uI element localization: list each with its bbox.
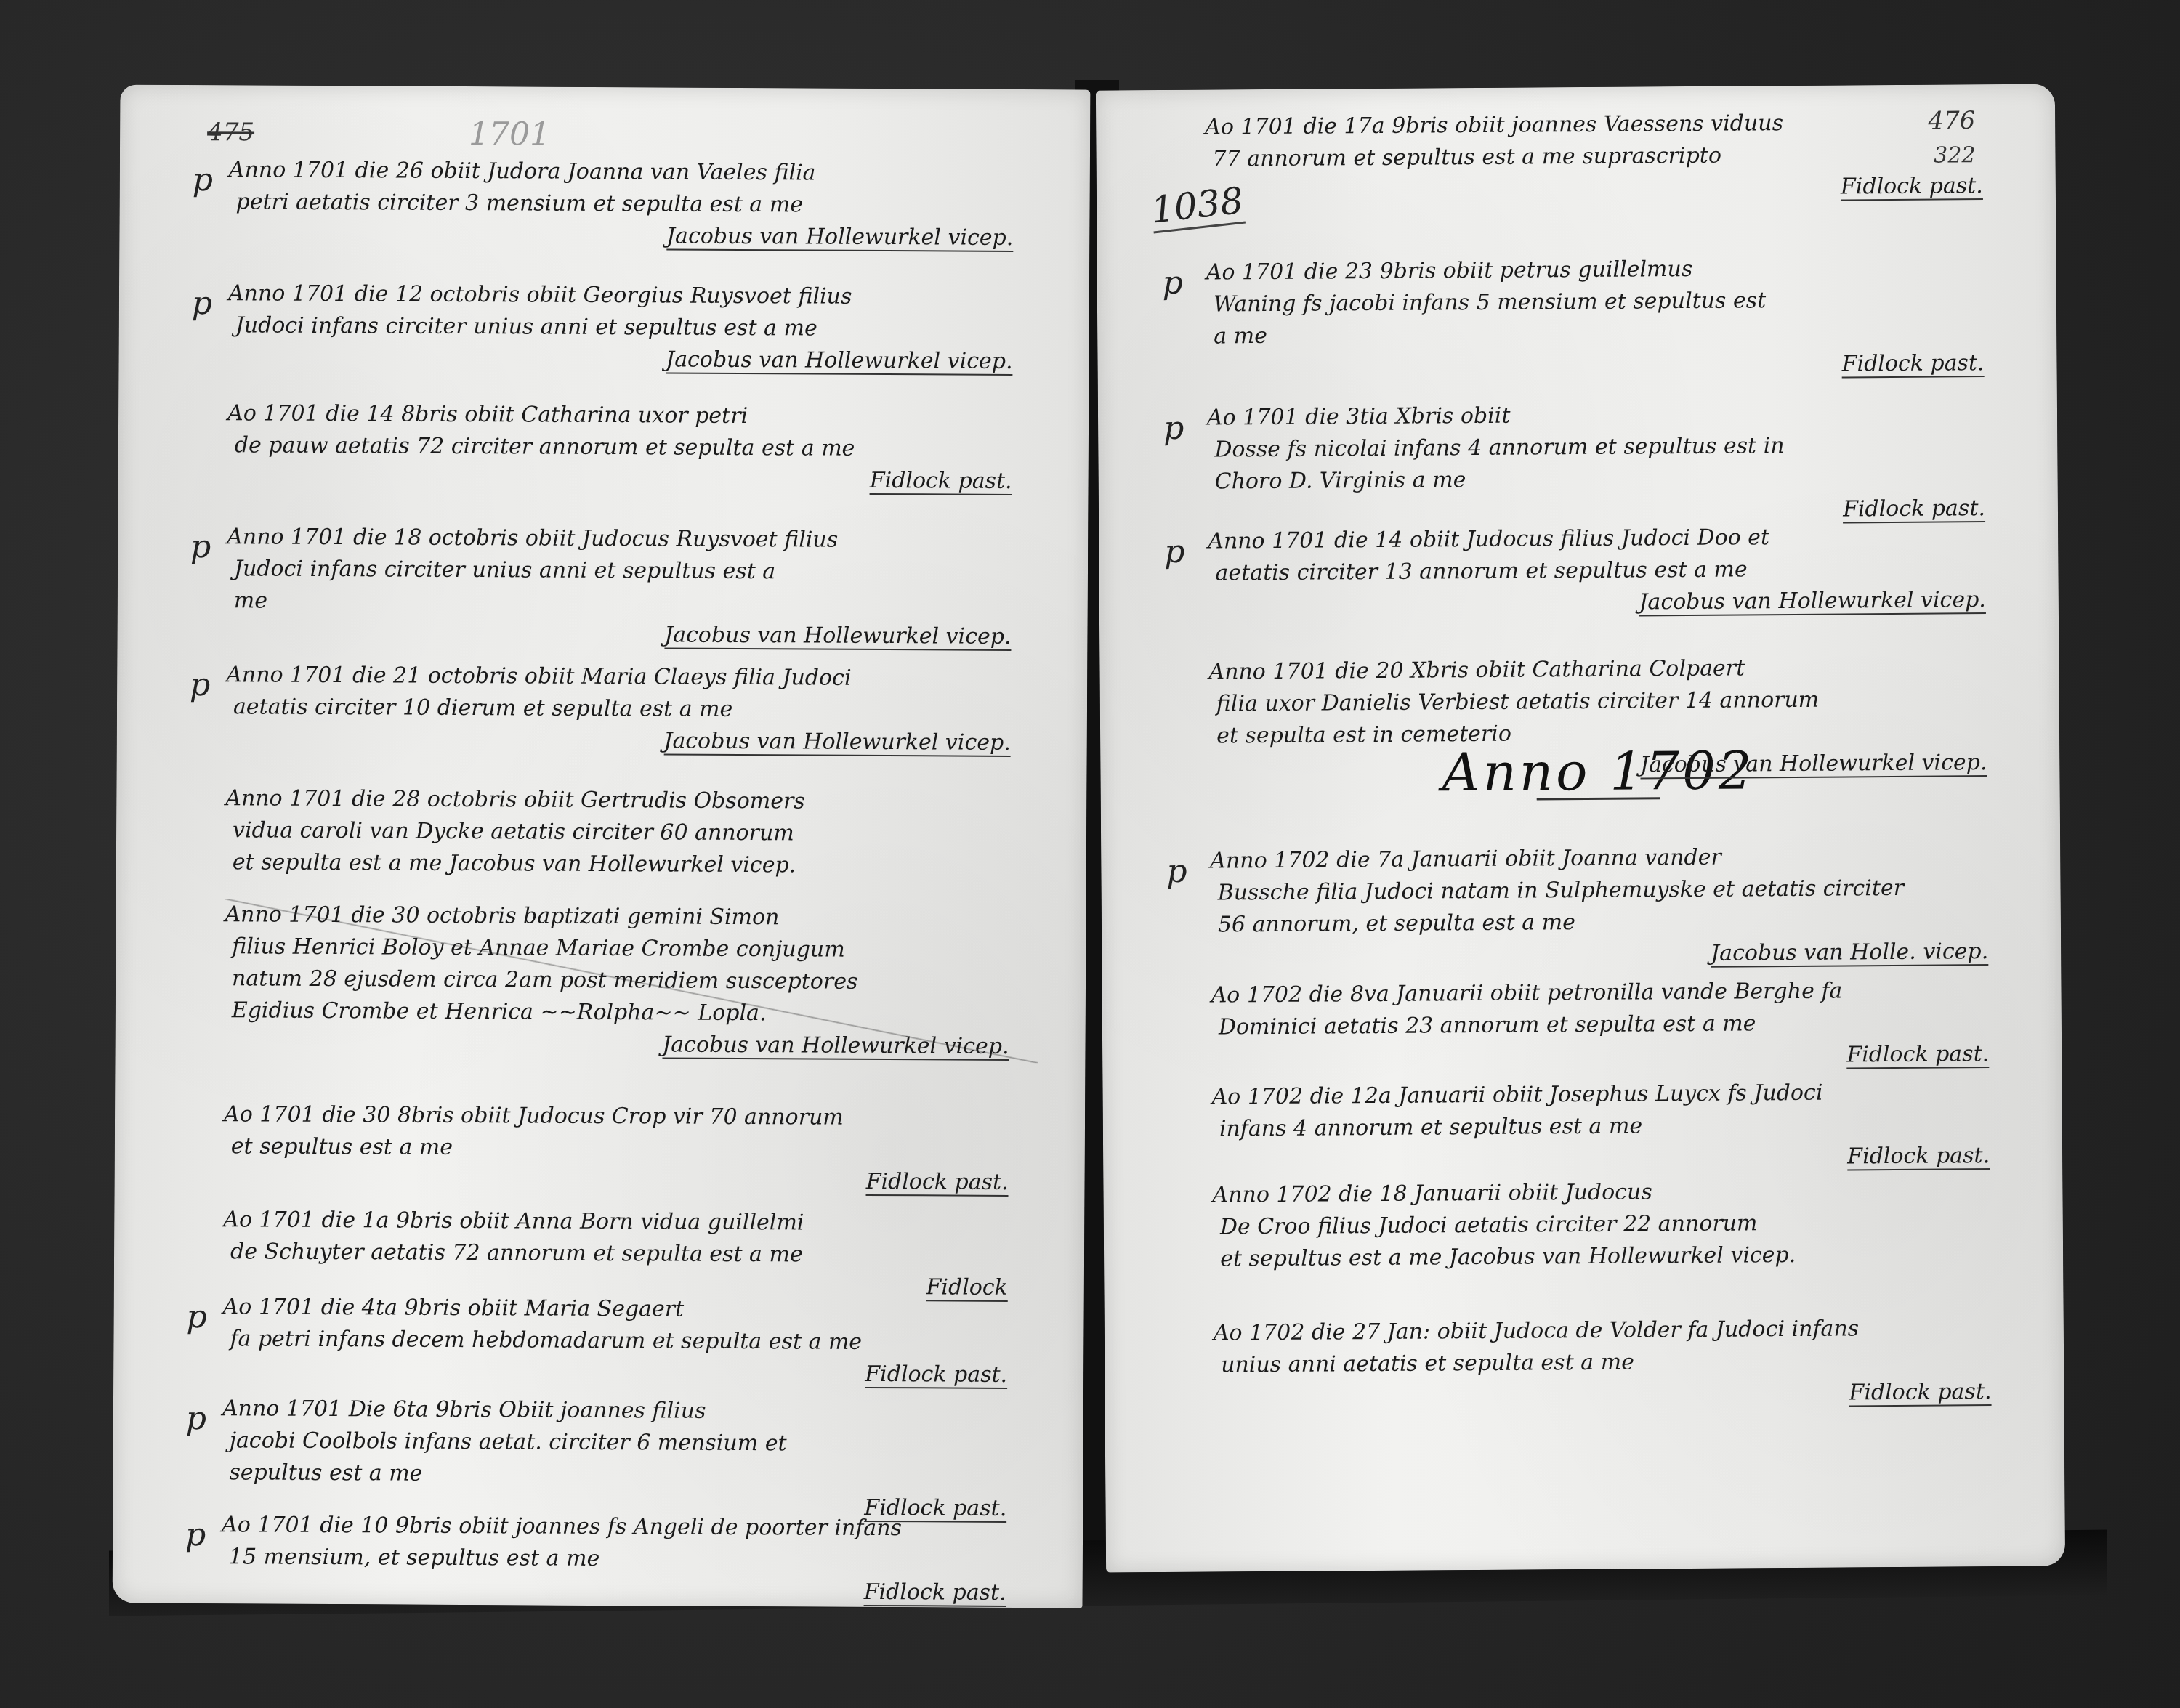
entry-signature: Fidlock past. — [1211, 1038, 2018, 1076]
register-entry: Ao 1701 die 3tia Xbris obiitDosse fs nic… — [1207, 397, 2014, 530]
signature-text: Jacobus van Hollewurkel vicep. — [666, 347, 1013, 375]
entry-signature: Fidlock past. — [1214, 1376, 2020, 1414]
entry-signature: Jacobus van Hollewurkel vicep. — [226, 617, 1040, 653]
entry-signature: Jacobus van Hollewurkel vicep. — [1208, 584, 2015, 622]
register-entry: Ao 1701 die 30 8bris obiit Judocus Crop … — [223, 1098, 1038, 1199]
entry-line: et sepulta est in cemeterio — [1209, 715, 2016, 753]
margin-mark-p: p — [1163, 264, 1184, 301]
entry-line: Anno 1701 die 26 obiit Judora Joanna van… — [229, 154, 1043, 190]
entry-line: 15 mensium, et sepultus est a me — [222, 1541, 1035, 1577]
signature-text: Fidlock past. — [1847, 1143, 1990, 1170]
signature-text: Jacobus van Hollewurkel vicep. — [1640, 750, 1987, 779]
entry-line: Anno 1701 die 30 octobris baptizati gemi… — [225, 899, 1038, 935]
register-entry: Anno 1701 die 18 octobris obiit Judocus … — [226, 521, 1041, 653]
entry-line: Waning fs jacobi infans 5 mensium et sep… — [1206, 283, 2013, 321]
entry-line: aetatis circiter 10 dierum et sepulta es… — [226, 691, 1040, 727]
entry-line: Dosse fs nicolai infans 4 annorum et sep… — [1207, 429, 2014, 466]
entry-line: Ao 1702 die 8va Januarii obiit petronill… — [1211, 974, 2017, 1012]
entry-line: Anno 1701 die 12 octobris obiit Georgius… — [228, 278, 1042, 314]
entry-signature: Jacobus van Hollewurkel vicep. — [224, 1027, 1038, 1063]
entry-signature: Fidlock past. — [1206, 170, 2012, 208]
entry-line: a me — [1206, 315, 2013, 353]
entry-line: Dominici aetatis 23 annorum et sepulta e… — [1211, 1006, 2018, 1044]
entry-line: sepultus est a me — [222, 1457, 1035, 1493]
signature-text: Fidlock past. — [870, 468, 1012, 495]
signature-text: Fidlock past. — [1841, 173, 1983, 201]
entry-signature: Jacobus van Hollewurkel vicep. — [226, 723, 1040, 759]
entry-line: 77 annorum et sepultus est a me suprascr… — [1205, 138, 2011, 176]
entry-line: Ao 1701 die 30 8bris obiit Judocus Crop … — [224, 1098, 1038, 1135]
entry-line: jacobi Coolbols infans aetat. circiter 6… — [222, 1425, 1036, 1461]
entry-signature: Fidlock past. — [227, 461, 1041, 498]
register-entry: Anno 1702 die 7a Januarii obiit Joanna v… — [1210, 840, 2017, 974]
register-entry: Anno 1701 Die 6ta 9bris Obiit joannes fi… — [222, 1393, 1036, 1525]
entry-line: Bussche filia Judoci natam in Sulphemuys… — [1210, 872, 2016, 910]
pencil-year-annotation: 1701 — [469, 116, 550, 153]
entry-line: vidua caroli van Dycke aetatis circiter … — [225, 814, 1039, 851]
folio-number: 475 — [207, 118, 254, 147]
margin-mark-p: p — [190, 666, 210, 703]
entry-signature: Fidlock past. — [222, 1573, 1035, 1609]
margin-mark-p: p — [185, 1516, 206, 1553]
entry-signature: Fidlock past. — [222, 1355, 1036, 1391]
signature-text: Jacobus van Hollewurkel vicep. — [662, 1032, 1009, 1060]
entry-line: de pauw aetatis 72 circiter annorum et s… — [227, 429, 1041, 466]
margin-mark-p: p — [192, 285, 212, 322]
entry-signature: Jacobus van Hollewurkel vicep. — [227, 341, 1041, 378]
entry-line: Anno 1701 Die 6ta 9bris Obiit joannes fi… — [222, 1393, 1036, 1429]
register-entry: Ao 1701 die 14 8bris obiit Catharina uxo… — [227, 397, 1042, 498]
margin-mark-p: p — [193, 161, 213, 198]
entry-line: Anno 1701 die 14 obiit Judocus filius Ju… — [1208, 520, 2014, 558]
entry-line: Choro D. Virginis a me — [1208, 461, 2014, 498]
register-entry: Ao 1702 die 8va Januarii obiit petronill… — [1211, 974, 2018, 1076]
signature-text: Fidlock past. — [864, 1579, 1006, 1607]
margin-mark-p: p — [1164, 533, 1185, 570]
entry-line: petri aetatis circiter 3 mensium et sepu… — [229, 186, 1043, 222]
left-page: 475 1701 pAnno 1701 die 26 obiit Judora … — [113, 85, 1091, 1608]
entry-line: de Schuyter aetatis 72 annorum et sepult… — [223, 1236, 1037, 1272]
entry-line: Ao 1701 die 23 9bris obiit petrus guille… — [1206, 251, 2012, 289]
entry-line: Ao 1701 die 4ta 9bris obiit Maria Segaer… — [223, 1291, 1037, 1327]
entry-line: 56 annorum, et sepulta est a me — [1211, 904, 2017, 942]
entry-line: Egidius Crombe et Henrica ~~Rolpha~~ Lop… — [225, 995, 1038, 1031]
entry-line: Ao 1701 die 17a 9bris obiit joannes Vaes… — [1205, 106, 2011, 144]
register-entry: Ao 1702 die 27 Jan: obiit Judoca de Vold… — [1214, 1312, 2021, 1414]
entry-line: Judoci infans circiter unius anni et sep… — [227, 553, 1041, 589]
signature-text: Fidlock past. — [866, 1169, 1009, 1197]
signature-text: Fidlock past. — [1846, 1041, 1989, 1069]
right-page-entries: Ao 1701 die 17a 9bris obiit joannes Vaes… — [1096, 84, 2055, 90]
entry-line: filius Henrici Boloy et Annae Mariae Cro… — [225, 931, 1038, 967]
register-entry: Anno 1701 die 20 Xbris obiit Catharina C… — [1208, 651, 2016, 785]
entry-line: Ao 1701 die 3tia Xbris obiit — [1207, 397, 2014, 434]
entry-line: Ao 1701 die 10 9bris obiit joannes fs An… — [222, 1509, 1035, 1545]
entry-signature: Jacobus van Holle. vicep. — [1211, 936, 2017, 974]
entry-line: me — [227, 585, 1041, 621]
register-entry: Ao 1702 die 12a Januarii obiit Josephus … — [1211, 1076, 2019, 1178]
right-page: 476 322 1038 Anno 1702 Ao 1701 die 17a 9… — [1096, 84, 2065, 1572]
margin-mark-p: p — [1166, 853, 1187, 890]
entry-signature: Fidlock past. — [223, 1162, 1037, 1199]
entry-line: Anno 1701 die 20 Xbris obiit Catharina C… — [1208, 651, 2015, 689]
entry-line: natum 28 ejusdem circa 2am post meridiem… — [225, 963, 1038, 999]
entry-signature: Fidlock past. — [1212, 1140, 2019, 1178]
entry-line: Anno 1702 die 18 Januarii obiit Judocus — [1212, 1174, 2019, 1212]
margin-mark-p: p — [190, 528, 211, 565]
entry-line: infans 4 annorum et sepultus est a me — [1212, 1108, 2019, 1146]
entry-line: aetatis circiter 13 annorum et sepultus … — [1208, 552, 2014, 590]
left-page-entries: pAnno 1701 die 26 obiit Judora Joanna va… — [120, 85, 1090, 90]
entry-line: Anno 1702 die 7a Januarii obiit Joanna v… — [1210, 840, 2016, 878]
entry-line: fa petri infans decem hebdomadarum et se… — [222, 1323, 1036, 1359]
entry-line: De Croo filius Judoci aetatis circiter 2… — [1213, 1206, 2019, 1244]
entry-line: Ao 1701 die 14 8bris obiit Catharina uxo… — [227, 397, 1041, 434]
register-entry: Ao 1701 die 10 9bris obiit joannes fs An… — [222, 1509, 1036, 1609]
signature-text: Jacobus van Hollewurkel vicep. — [1639, 587, 1986, 616]
entry-line: filia uxor Danielis Verbiest aetatis cir… — [1209, 683, 2016, 721]
register-entry: Ao 1701 die 17a 9bris obiit joannes Vaes… — [1205, 106, 2012, 208]
signature-text: Jacobus van Hollewurkel vicep. — [663, 728, 1011, 756]
entry-signature: Jacobus van Hollewurkel vicep. — [1209, 747, 2016, 785]
margin-mark-p: p — [186, 1400, 206, 1437]
signature-text: Jacobus van Hollewurkel vicep. — [664, 622, 1012, 650]
entry-line: Ao 1702 die 12a Januarii obiit Josephus … — [1211, 1076, 2018, 1114]
margin-mark-p: p — [1163, 410, 1184, 447]
register-entry: Anno 1701 die 12 octobris obiit Georgius… — [227, 278, 1042, 378]
signature-text: Fidlock past. — [1849, 1379, 1991, 1407]
entry-signature: Fidlock past. — [1206, 347, 2013, 385]
entry-line: et sepultus est a me — [224, 1130, 1038, 1167]
register-entry: Anno 1701 die 14 obiit Judocus filius Ju… — [1208, 520, 2015, 622]
register-entry: Ao 1701 die 23 9bris obiit petrus guille… — [1206, 251, 2013, 385]
signature-text: Fidlock past. — [1842, 350, 1985, 378]
register-entry: Anno 1701 die 21 octobris obiit Maria Cl… — [226, 659, 1041, 759]
signature-text: Jacobus van Holle. vicep. — [1711, 939, 1988, 968]
entry-signature: Jacobus van Hollewurkel vicep. — [228, 218, 1042, 254]
entry-line: Anno 1701 die 21 octobris obiit Maria Cl… — [226, 659, 1040, 695]
signature-text: Fidlock past. — [1843, 495, 1985, 523]
entry-line: Anno 1701 die 28 octobris obiit Gertrudi… — [225, 782, 1039, 819]
register-entry: Ao 1701 die 4ta 9bris obiit Maria Segaer… — [222, 1291, 1037, 1391]
entry-line: et sepultus est a me Jacobus van Hollewu… — [1213, 1238, 2019, 1276]
register-entry: Anno 1701 die 28 octobris obiit Gertrudi… — [225, 782, 1040, 883]
register-entry: Anno 1701 die 30 octobris baptizati gemi… — [224, 899, 1038, 1063]
margin-mark-p: p — [186, 1298, 206, 1335]
register-entry: Ao 1701 die 1a 9bris obiit Anna Born vid… — [223, 1204, 1038, 1304]
register-entry: Anno 1701 die 26 obiit Judora Joanna van… — [228, 154, 1043, 254]
entry-line: Ao 1702 die 27 Jan: obiit Judoca de Vold… — [1214, 1312, 2020, 1350]
entry-line: et sepulta est a me Jacobus van Hollewur… — [225, 846, 1039, 883]
register-entry: Anno 1702 die 18 Januarii obiit JudocusD… — [1212, 1174, 2019, 1276]
entry-line: Anno 1701 die 18 octobris obiit Judocus … — [227, 521, 1041, 557]
signature-text: Fidlock past. — [865, 1361, 1007, 1389]
entry-line: unius anni aetatis et sepulta est a me — [1214, 1344, 2020, 1382]
signature-text: Jacobus van Hollewurkel vicep. — [666, 223, 1014, 251]
entry-line: Judoci infans circiter unius anni et sep… — [228, 309, 1042, 346]
entry-line: Ao 1701 die 1a 9bris obiit Anna Born vid… — [223, 1204, 1037, 1240]
